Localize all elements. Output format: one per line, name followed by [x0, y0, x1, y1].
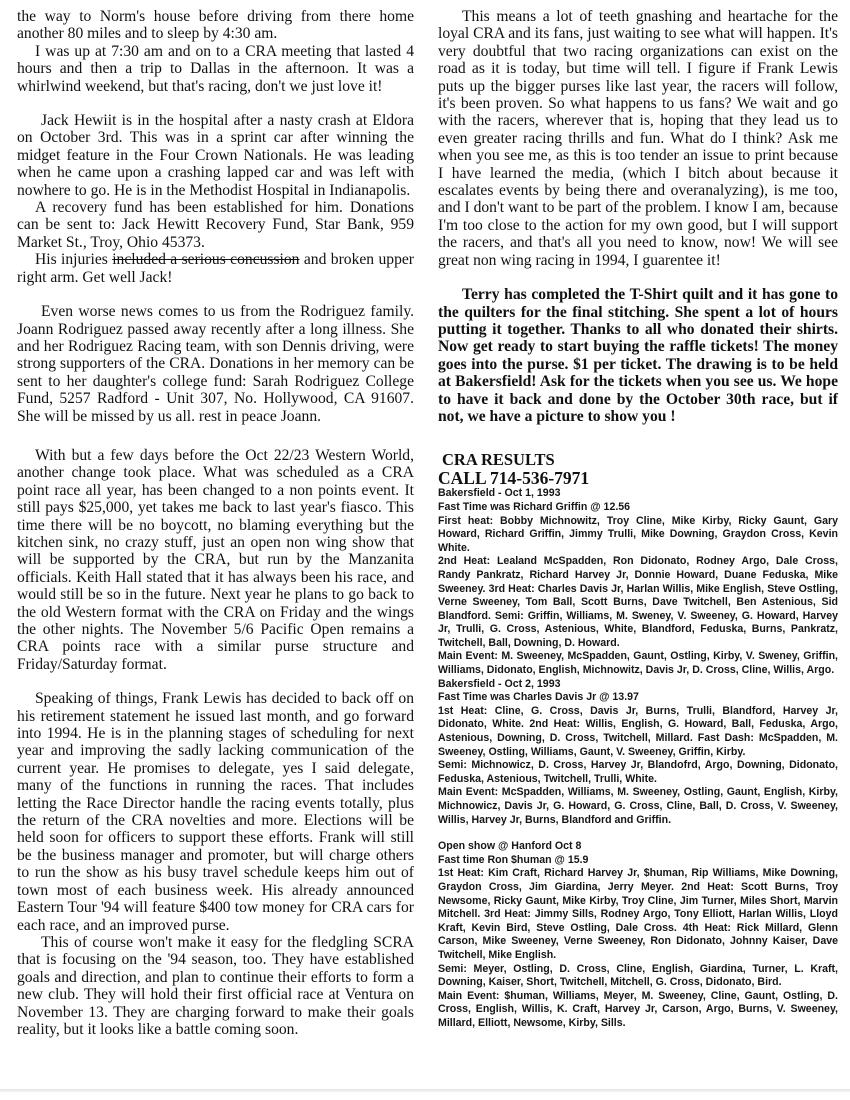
quilt-announcement: Terry has completed the T-Shirt quilt an… [438, 286, 838, 425]
paragraph-gap [17, 425, 414, 447]
section-gap [438, 425, 838, 451]
event-semi-results: Semi: Meyer, Ostling, D. Cross, Cline, E… [438, 963, 838, 990]
paragraph-gap [17, 95, 414, 112]
paragraph-cra-meeting: I was up at 7:30 am and on to a CRA meet… [17, 43, 414, 95]
paragraph-scra: This of course won't make it easy for th… [17, 934, 414, 1038]
results-event-bakersfield-oct2: Bakersfield - Oct 2, 1993 Fast Time was … [438, 678, 838, 828]
event-title: Bakersfield - Oct 1, 1993 [438, 487, 838, 501]
paragraph-rodriguez-family: Even worse news comes to us from the Rod… [17, 303, 414, 425]
injuries-text-start: His injuries [35, 251, 112, 268]
right-column: This means a lot of teeth gnashing and h… [438, 8, 838, 1031]
editorial-section: This means a lot of teeth gnashing and h… [438, 8, 838, 286]
left-column: the way to Norm's house before driving f… [17, 8, 414, 1038]
event-fast-time: Fast Time was Charles Davis Jr @ 13.97 [438, 691, 838, 705]
event-title: Open show @ Hanford Oct 8 [438, 840, 838, 854]
event-fast-time: Fast Time was Richard Griffin @ 12.56 [438, 501, 838, 515]
paragraph-western-world: With but a few days before the Oct 22/23… [17, 447, 414, 673]
paragraph-gap [17, 286, 414, 303]
event-heat-results: 2nd Heat: Lealand McSpadden, Ron Didonat… [438, 555, 838, 650]
paragraph-tshirt-quilt: Terry has completed the T-Shirt quilt an… [438, 286, 838, 425]
event-main-results: Main Event: $human, Williams, Meyer, M. … [438, 990, 838, 1031]
cra-results-section: CRA RESULTS CALL 714-536-7971 Bakersfiel… [438, 451, 838, 1030]
paragraph-norms-house: the way to Norm's house before driving f… [17, 8, 414, 43]
newsletter-page: the way to Norm's house before driving f… [0, 0, 850, 1100]
results-heading: CRA RESULTS [438, 451, 838, 469]
results-event-hanford-oct8: Open show @ Hanford Oct 8 Fast time Ron … [438, 840, 838, 1030]
paragraph-gap [17, 673, 414, 690]
paragraph-jack-hewitt-crash: Jack Hewiit is in the hospital after a n… [17, 112, 414, 199]
event-semi-results: Semi: Michnowicz, D. Cross, Harvey Jr, B… [438, 759, 838, 786]
injuries-text-struck: included a serious concussion [112, 251, 299, 268]
paragraph-frank-lewis: Speaking of things, Frank Lewis has deci… [17, 690, 414, 934]
event-heat-results: 1st Heat: Cline, G. Cross, Davis Jr, Bur… [438, 705, 838, 759]
page-bottom-edge [0, 1089, 850, 1092]
results-phone: CALL 714-536-7971 [438, 469, 838, 487]
section-gap [438, 827, 838, 840]
event-main-results: Main Event: M. Sweeney, McSpadden, Gaunt… [438, 650, 838, 677]
paragraph-injuries: His injuries included a serious concussi… [17, 251, 414, 286]
event-fast-time: Fast time Ron $human @ 15.9 [438, 854, 838, 868]
event-main-results: Main Event: McSpadden, Williams, M. Swee… [438, 786, 838, 827]
paragraph-teeth-gnashing: This means a lot of teeth gnashing and h… [438, 8, 838, 269]
event-heat-results: First heat: Bobby Michnowitz, Troy Cline… [438, 515, 838, 556]
paragraph-recovery-fund: A recovery fund has been established for… [17, 199, 414, 251]
event-title: Bakersfield - Oct 2, 1993 [438, 678, 838, 692]
results-event-bakersfield-oct1: Bakersfield - Oct 1, 1993 Fast Time was … [438, 487, 838, 677]
paragraph-gap [438, 269, 838, 286]
event-heat-results: 1st Heat: Kim Craft, Richard Harvey Jr, … [438, 867, 838, 962]
